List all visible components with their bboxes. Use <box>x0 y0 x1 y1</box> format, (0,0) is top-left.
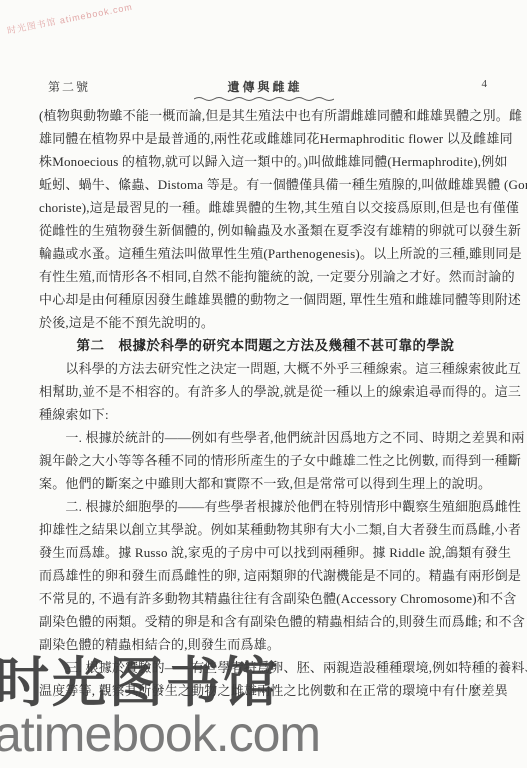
text-line: 蚯蚓、蝸牛、絛蟲、Distoma 等是。有一個體僅具備一種生殖腺的,叫做雌雄異體… <box>39 173 492 196</box>
scanned-book-page: 第二號 遺傳與雌雄 4 (植物與動物雖不能一概而論,但是其生殖法中也有所謂雌雄同… <box>0 0 527 768</box>
text-line: 而爲雄性的卵和發生而爲雌性的卵, 這兩類卵的代謝機能是不同的。精蟲有兩形倒是 <box>39 564 492 587</box>
text-line: 副染色體的兩類。受精的卵是和含有副染色體的精蟲相結合的,則發生而爲雌; 和不含 <box>39 610 492 633</box>
watermark-site-url: atimebook.com <box>0 708 320 760</box>
text-line: 親年齡之大小等等各種不同的情形所產生的子女中雌雄二性之比例數, 而得到一種斷 <box>39 449 492 472</box>
text-line: 案。他們的斷案之中雖則大都和實際不一致,但是常常可以得到生理上的說明。 <box>39 472 492 495</box>
watermark-site-name: 时光图书馆 <box>0 656 280 710</box>
text-line: 相幫助,並不是不相容的。有許多人的學說,就是從一種以上的線索追尋而得的。這三 <box>39 380 492 403</box>
section-heading: 第二 根據於科學的研究本問題之方法及幾種不甚可靠的學說 <box>39 334 492 357</box>
text-line: 雄同體在植物界中是最普通的,兩性花或雌雄同花Hermaphroditic flo… <box>39 127 492 150</box>
text-line: 不常見的, 不過有許多動物其精蟲往往有含副染色體(Accessory Chrom… <box>39 587 492 610</box>
text-line: 一. 根據於統計的——例如有些學者,他們統計因爲地方之不同、時期之差異和兩 <box>39 426 492 449</box>
page-header: 第二號 遺傳與雌雄 4 <box>39 78 491 94</box>
wavy-underline-icon <box>194 95 334 102</box>
text-line: 以科學的方法去研究性之決定一問題, 大概不外乎三種線索。這三種線索彼此互 <box>39 357 492 380</box>
text-line: 種線索如下: <box>39 403 492 426</box>
page-title: 遺傳與雌雄 <box>39 78 491 95</box>
text-line: 株Monoecious 的植物,就可以歸入這一類中的。)叫做雌雄同體(Herma… <box>39 150 492 173</box>
text-line: 於後,這是不能不預先說明的。 <box>39 311 492 334</box>
text-line: 抑雄性之結果以創立其學說。例如某種動物其卵有大小二類,自大者發生而爲雌,小者 <box>39 518 492 541</box>
watermark-stamp: 时光图书馆 atimebook.com <box>6 0 134 37</box>
page-number: 4 <box>482 78 488 90</box>
text-line: 輪蟲或水蚤。這種生殖法叫做單性生殖(Parthenogenesis)。以上所說的… <box>39 242 492 265</box>
text-line: 二. 根據於細胞學的——有些學者根據於他們在特別情形中觀察生殖細胞爲雌性 <box>39 495 492 518</box>
text-line: 從雌性的生殖物發生新個體的, 例如輪蟲及水蚤類在夏季沒有雄精的卵就可以發生新 <box>39 219 492 242</box>
text-line: 有性生殖,而情形各不相同,自然不能拘籠統的說, 一定要分別論之才好。然而討論的 <box>39 265 492 288</box>
text-line: 發生而爲雄。據 Russo 說,家兎的子房中可以找到兩種卵。據 Riddle 說… <box>39 541 492 564</box>
text-line: choriste),這是最習見的一種。雌雄異體的生物,其生殖自以交接爲原則,但是… <box>39 196 492 219</box>
text-line: 中心却是由何種原因發生雌雄異體的動物之一個問題, 單性生殖和雌雄同體等則附述 <box>39 288 492 311</box>
body-text: (植物與動物雖不能一概而論,但是其生殖法中也有所謂雌雄同體和雌雄異體之別。雌雄同… <box>39 104 492 702</box>
text-line: (植物與動物雖不能一概而論,但是其生殖法中也有所謂雌雄同體和雌雄異體之別。雌 <box>39 104 492 127</box>
